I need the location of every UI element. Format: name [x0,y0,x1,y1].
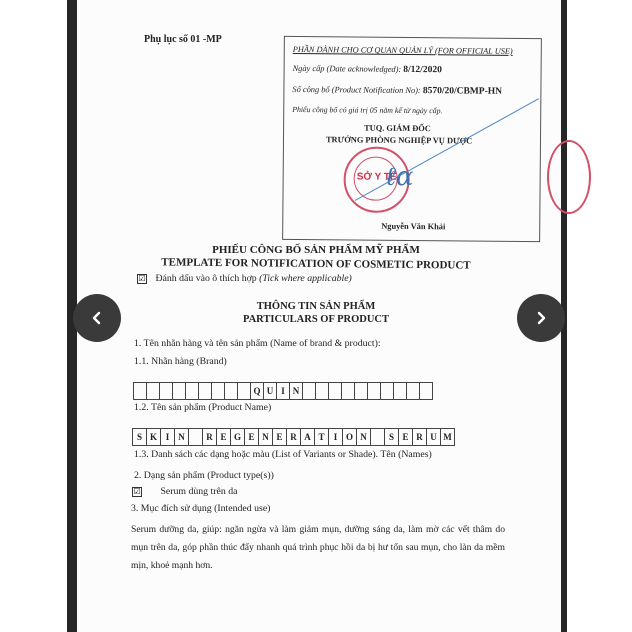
checkbox-checked-icon: ☑ [132,487,142,497]
previous-image-button[interactable] [73,294,121,342]
item-1-1-label: 1.1. Nhãn hàng (Brand) [134,356,227,367]
product-type-option: ☑ Serum dùng trên da [132,486,237,497]
signer-title-1: TUQ. GIÁM ĐỐC [364,124,431,134]
signer-name: Nguyễn Văn Khải [381,222,445,232]
notification-number: Số công bố (Product Notification No): 85… [292,85,502,97]
date-value: 8/12/2020 [403,65,442,75]
official-header: PHẦN DÀNH CHO CƠ QUAN QUẢN LÝ (FOR OFFIC… [293,45,513,56]
signer-title-2: TRƯỞNG PHÒNG NGHIỆP VỤ DƯỢC [326,135,472,145]
item-2-label: 2. Dạng sản phẩm (Product type(s)) [134,470,274,481]
item-1-2-label: 1.2. Tên sản phẩm (Product Name) [134,402,271,413]
chevron-left-icon [89,310,105,326]
partial-stamp [547,140,591,214]
product-name-boxes: S K I N R E G E N E R A T I O N S E R U … [133,428,455,446]
intended-use-text: Serum dưỡng da, giúp: ngăn ngừa và làm g… [131,521,505,575]
tick-note: ☑ Đánh dấu vào ô thích hợp (Tick where a… [137,273,352,284]
official-use-box: PHẦN DÀNH CHO CƠ QUAN QUẢN LÝ (FOR OFFIC… [282,36,542,242]
item-1-label: 1. Tên nhãn hàng và tên sản phẩm (Name o… [134,338,381,349]
notification-value: 8570/20/CBMP-HN [423,86,502,97]
form-title-vi: PHIẾU CÔNG BỐ SẢN PHẨM MỸ PHẨM [0,244,632,256]
date-acknowledged: Ngày cấp (Date acknowledged): 8/12/2020 [293,64,442,75]
item-1-3-label: 1.3. Danh sách các dạng hoặc màu (List o… [134,449,432,460]
chevron-right-icon [533,310,549,326]
signature-icon: ℓα [385,162,413,192]
brand-boxes: Q U I N [134,382,433,400]
validity-note: Phiếu công bố có giá trị 05 năm kể từ ng… [292,105,442,115]
checkbox-checked-icon: ☑ [137,274,147,284]
item-3-label: 3. Mục đích sử dụng (Intended use) [131,503,270,514]
next-image-button[interactable] [517,294,565,342]
appendix-label: Phụ lục số 01 -MP [144,34,222,45]
